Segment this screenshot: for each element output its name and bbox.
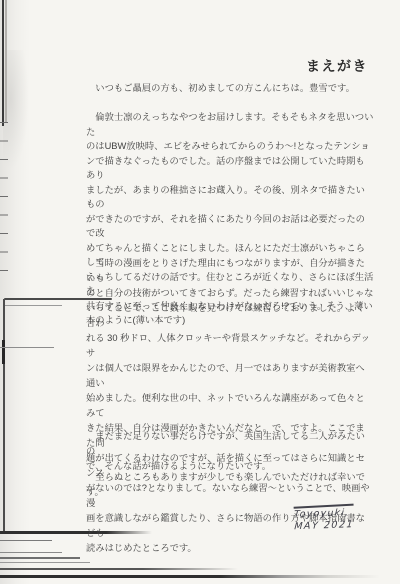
page-title: まえがき xyxy=(306,56,368,76)
signature-name: Toyoyuki, xyxy=(293,506,364,519)
scan-streak-1 xyxy=(0,347,54,348)
paragraph-4: 至らぬところもありますが少しでも楽しんでいただければ幸いです。 xyxy=(86,470,374,500)
scan-streak-3 xyxy=(0,540,52,541)
scan-streak-5 xyxy=(0,557,80,559)
scan-streak-6 xyxy=(0,562,90,563)
scan-streak-7 xyxy=(0,568,238,570)
scan-bottom-edge-band xyxy=(0,575,400,578)
scan-streak-4 xyxy=(0,552,62,553)
scan-edge-line-mid xyxy=(3,299,5,534)
scan-page-edge-ticks xyxy=(0,122,8,272)
paragraph-3: まだまだ足りない事だらけですが、英国生活してる二人がみたいの で、そんな話が描け… xyxy=(86,429,374,474)
scan-edge-line-dark-segment xyxy=(2,340,5,364)
scan-edge-line-top-gray xyxy=(5,0,7,122)
signature-block: Toyoyuki, MAY 2021 xyxy=(294,504,365,532)
scan-fold-line-faint xyxy=(4,305,62,306)
signature-date: MAY 2021 xyxy=(294,518,365,531)
scan-edge-line-top xyxy=(2,0,4,126)
scanned-preface-page: まえがき いつもご贔屓の方も、初めましての方こんにちは。豊雪です。 倫敦士凛のえ… xyxy=(0,0,400,584)
greeting-paragraph: いつもご贔屓の方も、初めましての方こんにちは。豊雪です。 xyxy=(86,81,374,96)
